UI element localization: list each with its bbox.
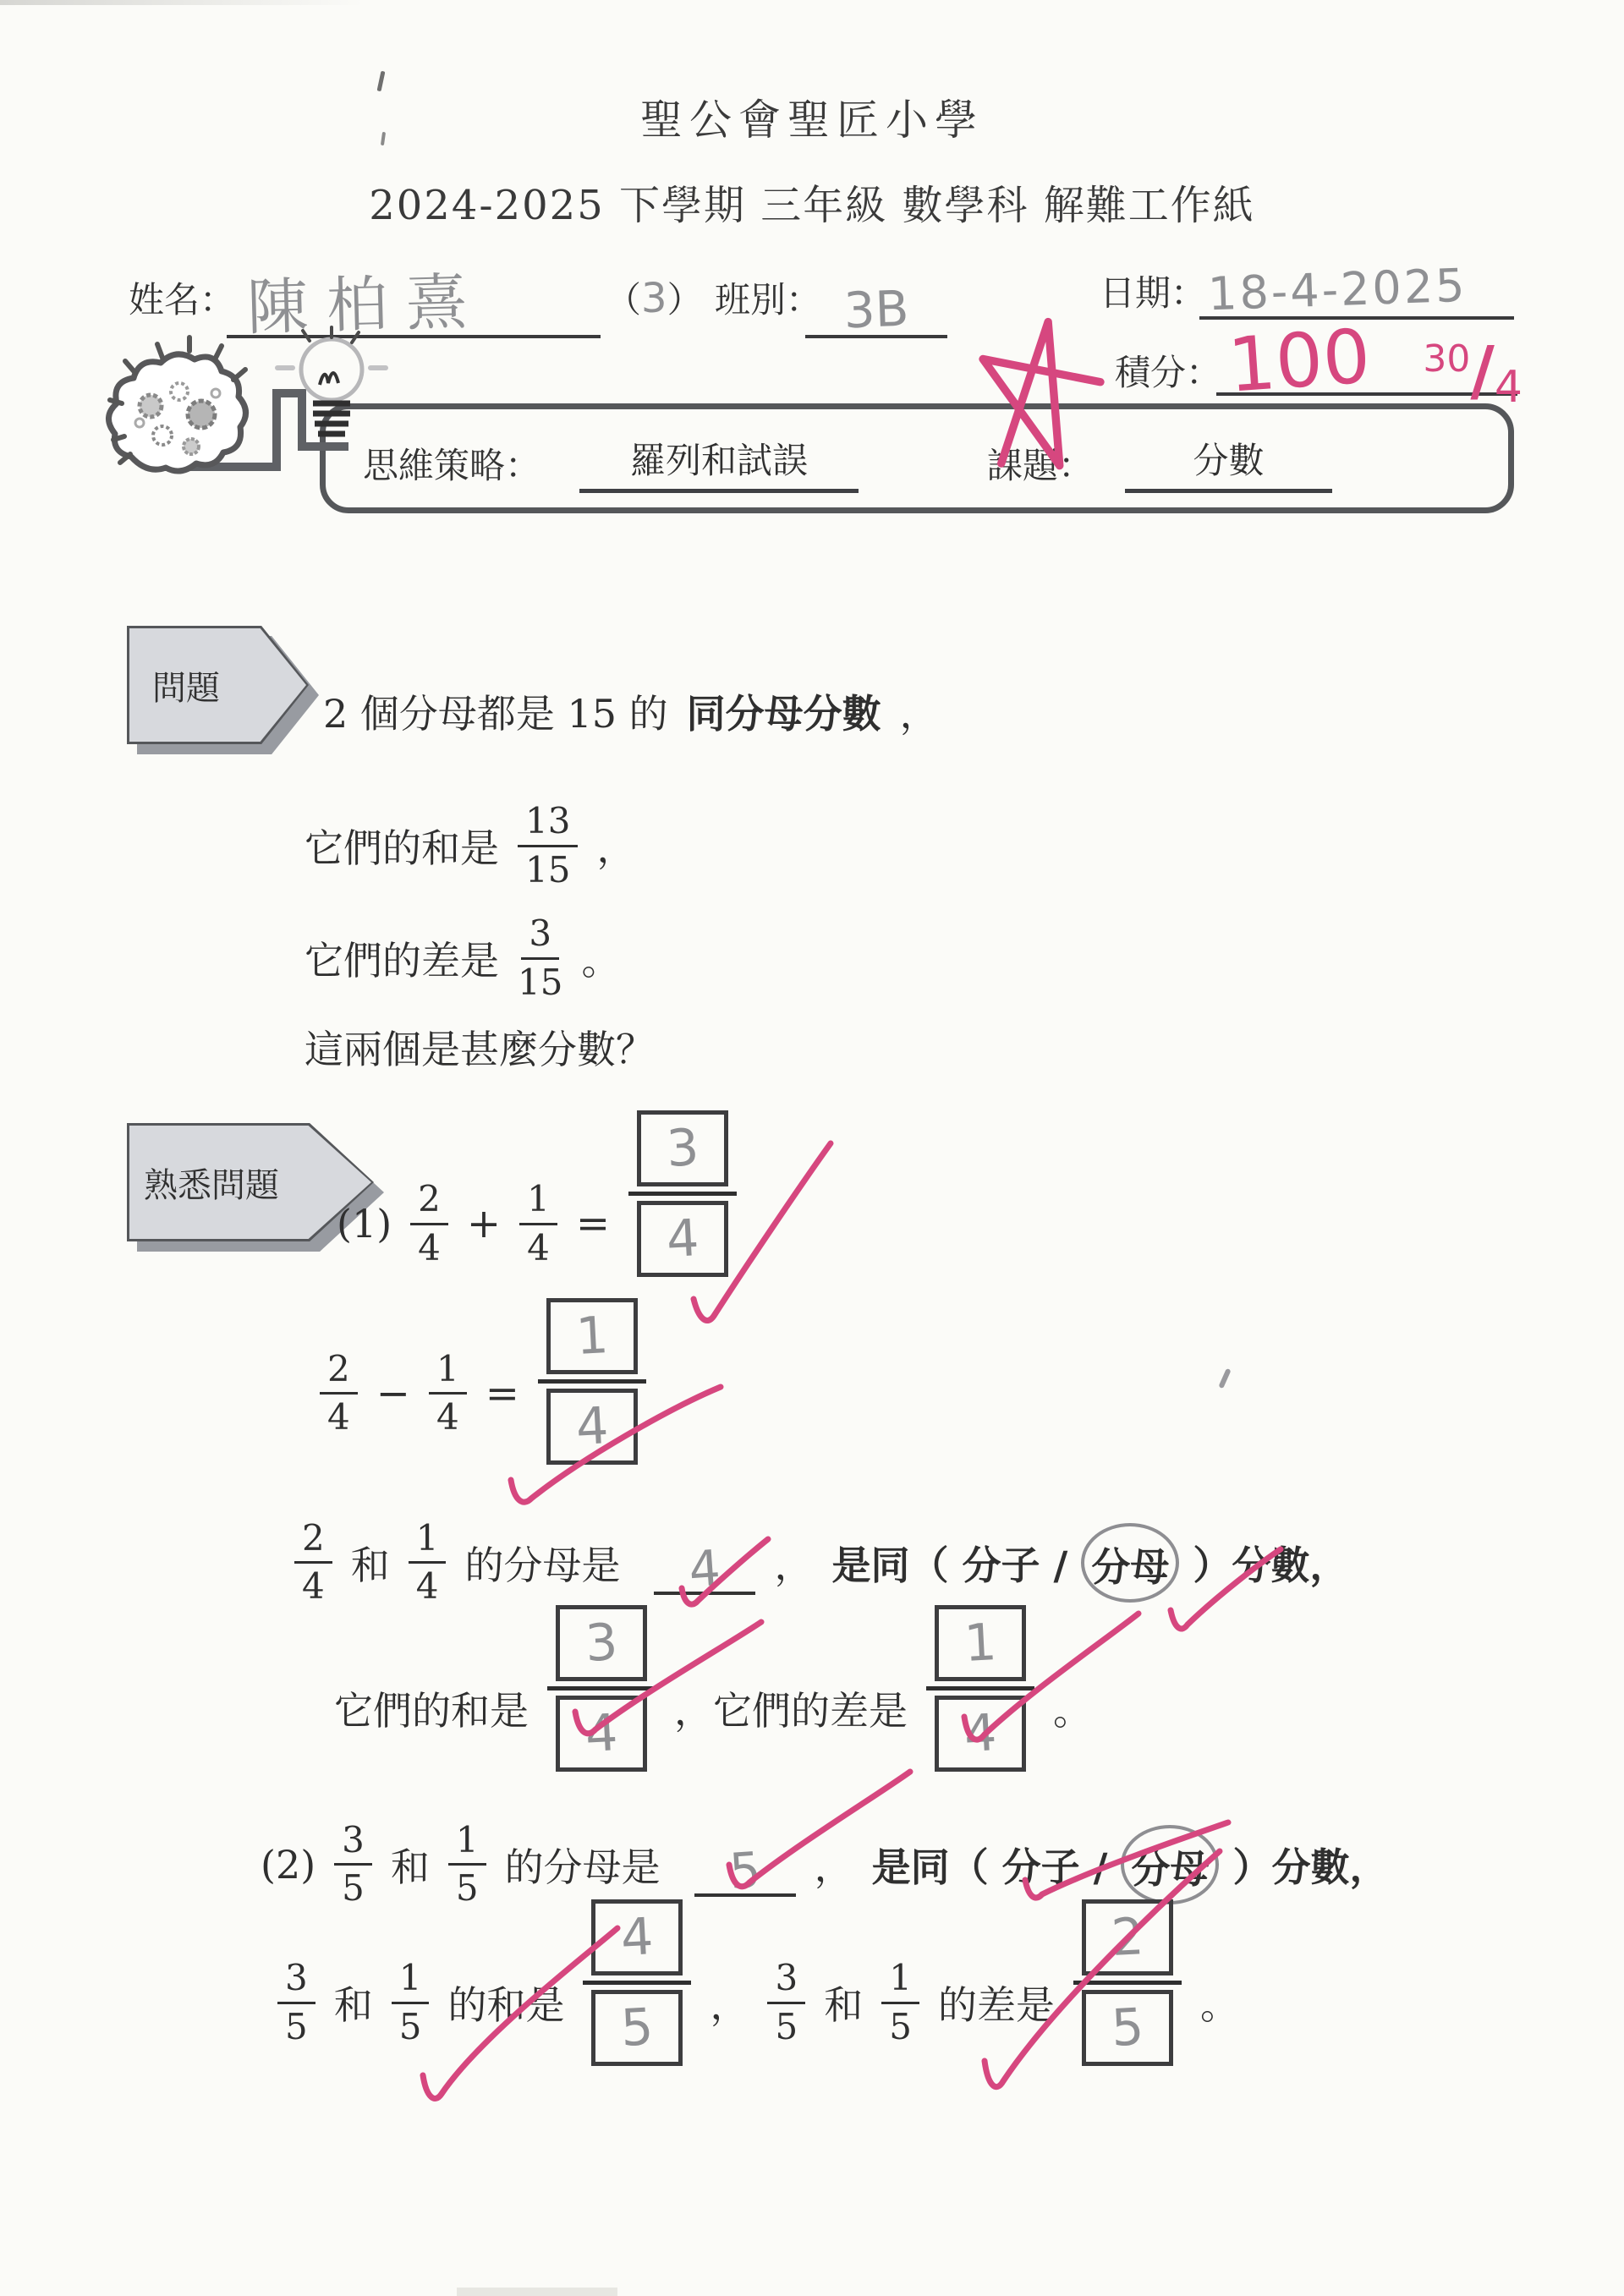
answer-fraction-boxes: 2 5 bbox=[1073, 1899, 1182, 2066]
and-word: 和 bbox=[391, 1837, 430, 1893]
problem-line4: 這兩個是甚麼分數？ bbox=[304, 1019, 655, 1075]
class-number-handwritten: 3 bbox=[641, 275, 667, 322]
choice-text-end: ）分數， bbox=[1232, 1837, 1388, 1893]
score-date-fraction: 30/4 bbox=[1423, 333, 1522, 413]
handwritten-answer: 1 bbox=[574, 1310, 609, 1362]
plus-sign: + bbox=[467, 1200, 501, 1247]
scan-smudge-bottom bbox=[457, 2288, 617, 2296]
score-frac-den: 4 bbox=[1495, 362, 1522, 413]
fraction-2-4: 24 bbox=[320, 1349, 358, 1438]
diff-text: ，它們的差是 bbox=[674, 1680, 908, 1736]
answer-box: 1 bbox=[935, 1605, 1026, 1681]
score-field-line: 100 30/4 bbox=[1216, 332, 1517, 396]
fraction-bar bbox=[538, 1379, 646, 1384]
exercise2-sumdiff-row: 35 和 15 的和是 4 5 ， 35 和 15 的差是 2 5 。 bbox=[277, 1930, 1239, 2075]
choice-text-end: ）分數， bbox=[1193, 1535, 1348, 1591]
handwritten-answer: 4 bbox=[574, 1400, 609, 1453]
fraction-3-15: 315 bbox=[518, 913, 562, 1003]
answer-box: 5 bbox=[1082, 1990, 1173, 2066]
problem-badge-label: 問題 bbox=[127, 626, 309, 744]
problem-line3: 它們的差是 315 。 bbox=[304, 895, 620, 1022]
scan-smudge-top bbox=[0, 0, 364, 5]
answer-box: 4 bbox=[546, 1389, 638, 1465]
handwritten-answer: 3 bbox=[584, 1617, 618, 1669]
problem-line2-text: 它們的和是 bbox=[304, 818, 499, 874]
brain-icon bbox=[108, 337, 245, 471]
problem-line1: 2 個分母都是 15 的 同分母分數， bbox=[323, 683, 939, 739]
handwritten-answer: 5 bbox=[727, 1844, 762, 1895]
fraction-3-5: 35 bbox=[334, 1820, 372, 1910]
handwritten-answer: 4 bbox=[688, 1543, 722, 1593]
choice-text: 是同（ 分子 / bbox=[831, 1535, 1067, 1591]
exercise2-label: (2) bbox=[261, 1842, 315, 1888]
handwritten-answer: 4 bbox=[665, 1213, 700, 1265]
problem-line1-text: 2 個分母都是 15 的 bbox=[323, 683, 668, 739]
fraction-bar bbox=[628, 1192, 737, 1196]
answer-box: 3 bbox=[637, 1110, 728, 1186]
and-word: 和 bbox=[351, 1535, 390, 1591]
answer-box: 1 bbox=[546, 1298, 638, 1374]
class-handwritten: 3B bbox=[842, 280, 909, 340]
exercise1-sum-row: (1) 24 + 14 = 3 4 bbox=[337, 1143, 737, 1304]
handwritten-answer: 1 bbox=[963, 1617, 997, 1669]
paren-open: （ bbox=[606, 279, 641, 321]
date-field-line: 18-4-2025 bbox=[1199, 255, 1514, 320]
circle-annotation: 分母 bbox=[1121, 1825, 1219, 1904]
problem-line2: 它們的和是 1315 ， bbox=[304, 782, 635, 909]
exercise1-label: (1) bbox=[337, 1201, 392, 1247]
class-number: （3） bbox=[606, 272, 703, 323]
fraction-2-4: 24 bbox=[410, 1179, 448, 1269]
school-title: 聖公會聖匠小學 bbox=[0, 86, 1624, 147]
period: 。 bbox=[1053, 1680, 1092, 1736]
handwritten-answer: 4 bbox=[963, 1707, 997, 1760]
comma: ， bbox=[815, 1837, 853, 1893]
answer-box: 4 bbox=[637, 1201, 728, 1277]
date-label: 日期： bbox=[1100, 266, 1206, 316]
answer-box: 4 bbox=[591, 1899, 683, 1975]
and-word: 和 bbox=[334, 1975, 373, 2030]
circle-annotation: 分母 bbox=[1081, 1523, 1179, 1603]
exercise2-denominator-row: (2) 35 和 15 的分母是 5 ， 是同（ 分子 / 分母 ）分數， bbox=[261, 1803, 1388, 1926]
problem-line3-text: 它們的差是 bbox=[304, 930, 499, 986]
fraction-bar bbox=[1073, 1981, 1182, 1985]
comma: ， bbox=[774, 1535, 813, 1591]
exercise1-denominator-row: 24 和 14 的分母是 4 ， 是同（ 分子 / 分母 ）分數， bbox=[294, 1501, 1348, 1624]
topic-value: 分數 bbox=[1125, 433, 1332, 493]
fraction-13-15: 1315 bbox=[518, 801, 578, 890]
sum-text: 它們的和是 bbox=[334, 1680, 529, 1736]
answer-box: 4 bbox=[935, 1696, 1026, 1772]
answer-fraction-boxes: 1 4 bbox=[926, 1605, 1034, 1772]
fraction-1-5: 15 bbox=[392, 1958, 430, 2047]
answer-blank: 4 bbox=[654, 1531, 755, 1595]
score-handwritten: 100 bbox=[1226, 312, 1374, 408]
date-handwritten: 18-4-2025 bbox=[1207, 259, 1468, 321]
name-label: 姓名： bbox=[129, 272, 235, 323]
fraction-1-5: 15 bbox=[881, 1958, 919, 2047]
fraction-1-4: 14 bbox=[519, 1179, 557, 1269]
diff-text: 的差是 bbox=[938, 1975, 1055, 2030]
minus-sign: − bbox=[376, 1370, 410, 1417]
handwritten-answer: 2 bbox=[1110, 1911, 1144, 1964]
comma: ， bbox=[710, 1975, 749, 2030]
score-label: 積分： bbox=[1115, 345, 1221, 396]
fraction-1-4: 14 bbox=[409, 1518, 447, 1608]
fraction-bar bbox=[583, 1981, 691, 1985]
score-frac-slash: / bbox=[1470, 333, 1495, 409]
problem-line3-period: 。 bbox=[581, 930, 620, 986]
worksheet-page: { "header": { "school": "聖公會聖匠小學", "subt… bbox=[0, 0, 1624, 2296]
answer-box: 4 bbox=[556, 1696, 647, 1772]
problem-line2-comma: ， bbox=[596, 818, 635, 874]
answer-box: 3 bbox=[556, 1605, 647, 1681]
answer-fraction-boxes: 1 4 bbox=[538, 1298, 646, 1465]
problem-line1-bold: 同分母分數 bbox=[687, 683, 881, 739]
and-word: 和 bbox=[824, 1975, 863, 2030]
handwritten-answer: 5 bbox=[620, 2002, 655, 2054]
answer-box: 2 bbox=[1082, 1899, 1173, 1975]
period: 。 bbox=[1200, 1975, 1239, 2030]
fraction-1-5: 15 bbox=[448, 1820, 486, 1910]
answer-fraction-boxes: 3 4 bbox=[547, 1605, 656, 1772]
problem-badge: 問題 bbox=[127, 626, 309, 744]
fraction-3-5: 35 bbox=[277, 1958, 315, 2047]
exercise1-sumdiff-row: 它們的和是 3 4 ，它們的差是 1 4 。 bbox=[334, 1636, 1092, 1780]
paren-close: ） bbox=[667, 279, 703, 321]
exercise1-diff-row: 24 − 14 = 1 4 bbox=[320, 1315, 646, 1471]
fraction-2-4: 24 bbox=[294, 1518, 332, 1608]
handwritten-answer: 4 bbox=[620, 1911, 655, 1964]
worksheet-subtitle: 2024-2025 下學期 三年級 數學科 解難工作紙 bbox=[0, 173, 1624, 231]
brain-lightbulb-graphic bbox=[101, 326, 727, 524]
choice-text: 是同（ 分子 / bbox=[872, 1837, 1108, 1893]
handwritten-answer: 3 bbox=[665, 1122, 700, 1175]
problem-line1-comma: ， bbox=[900, 683, 939, 739]
denominator-question-text: 的分母是 bbox=[464, 1535, 620, 1591]
fraction-3-5: 35 bbox=[767, 1958, 805, 2047]
fraction-bar bbox=[926, 1686, 1034, 1690]
answer-box: 5 bbox=[591, 1990, 683, 2066]
sum-text: 的和是 bbox=[447, 1975, 564, 2030]
denominator-question-text: 的分母是 bbox=[505, 1837, 661, 1893]
lightbulb-icon bbox=[277, 327, 386, 434]
answer-fraction-boxes: 4 5 bbox=[583, 1899, 691, 2066]
handwritten-answer: 5 bbox=[1110, 2002, 1144, 2054]
answer-fraction-boxes: 3 4 bbox=[628, 1110, 737, 1277]
class-field-line: 3B bbox=[805, 279, 947, 338]
equals-sign: = bbox=[486, 1370, 519, 1417]
pencil-mark bbox=[1218, 1368, 1231, 1389]
equals-sign: = bbox=[576, 1200, 610, 1247]
star-icon bbox=[971, 315, 1105, 474]
answer-blank: 5 bbox=[694, 1833, 796, 1897]
fraction-bar bbox=[547, 1686, 656, 1690]
fraction-1-4: 14 bbox=[429, 1349, 467, 1438]
handwritten-answer: 4 bbox=[584, 1707, 618, 1760]
score-frac-num: 30 bbox=[1423, 337, 1470, 381]
